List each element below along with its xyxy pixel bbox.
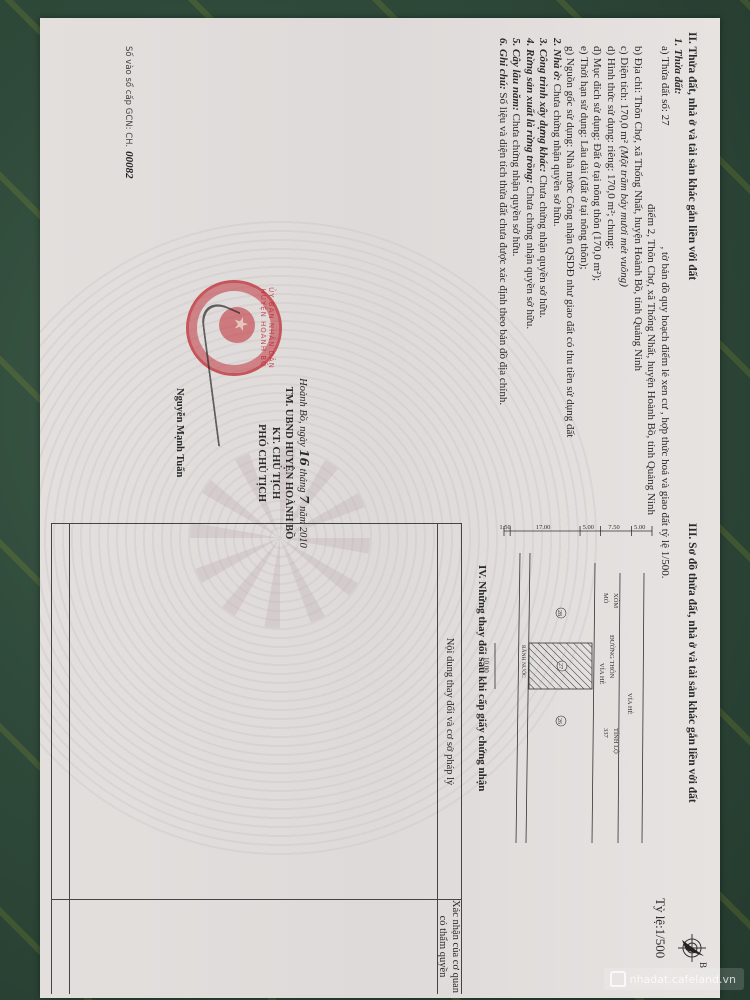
svg-text:ĐƯỜNG THÔN: ĐƯỜNG THÔN	[608, 635, 616, 679]
issue-day: 16	[297, 449, 311, 466]
left-frame-box	[69, 523, 110, 994]
authority-header-line-1: Xác nhận của cơ quan	[449, 899, 462, 994]
serial-value: 00082	[123, 151, 135, 179]
forest-item: 4. Rừng sản xuất là rừng trồng: Chưa chứ…	[523, 38, 537, 579]
construction-status: Chưa chứng nhận quyền sở hữu.	[538, 175, 550, 318]
usage-term-line: e) Thời hạn sử dụng: Lâu dài (đất ở tại …	[577, 46, 591, 579]
area-line: c) Diện tích: 170,0 m² (Một trăm bảy mươ…	[617, 46, 631, 579]
house-label: 2. Nhà ở:	[551, 38, 563, 81]
svg-text:7.50: 7.50	[608, 524, 619, 531]
month-label: tháng	[297, 469, 308, 493]
svg-text:27: 27	[557, 663, 563, 669]
land-parcel-subtitle: 1. Thửa đất:	[671, 38, 685, 579]
home-search-icon	[610, 971, 626, 987]
note-item: 6. Ghi chú: Số liệu và diện tích thửa đấ…	[496, 38, 510, 579]
section-iii-title: III. Sơ đồ thửa đất, nhà ở và tài sản kh…	[686, 523, 698, 803]
note-label: 6. Ghi chú:	[497, 38, 509, 90]
svg-text:XÓM: XÓM	[612, 593, 620, 608]
authority-header-line-2: có thẩm quyền	[436, 899, 449, 994]
construction-item: 3. Công trình xây dựng khác: Chưa chứng …	[536, 38, 550, 579]
certificate-photo: II. Thửa đất, nhà ở và tài sản khác gắn …	[40, 18, 720, 998]
date-prefix: Hoành Bồ, ngày	[297, 378, 308, 447]
svg-text:MỎ: MỎ	[602, 593, 610, 604]
section-iv-changes: IV. Những thay đổi sau khi cấp giấy chứn…	[476, 523, 488, 993]
address-line: b) Địa chỉ: Thôn Chợ, xã Thống Nhất, huy…	[631, 46, 645, 579]
area-in-words: (Một trăm bảy mươi mét vuông)	[619, 146, 631, 287]
note-text: Số liệu và diện tích thửa đất chưa được …	[497, 92, 509, 405]
svg-text:28: 28	[556, 610, 562, 616]
svg-text:TỈNH LỘ: TỈNH LỘ	[612, 728, 620, 754]
perennial-status: Chưa chứng nhận quyền sở hữu.	[511, 113, 523, 256]
signer-name: Nguyễn Mạnh Tuấn	[174, 388, 185, 477]
certificate-sheet: II. Thửa đất, nhà ở và tài sản khác gắn …	[40, 18, 720, 998]
perennial-item: 5. Cây lâu năm: Chưa chứng nhận quyền sở…	[509, 38, 523, 579]
svg-text:1.50: 1.50	[499, 524, 510, 531]
svg-text:RÃNH NƯỚC: RÃNH NƯỚC	[520, 645, 528, 678]
changes-content-header: Nội dung thay đổi và cơ sở pháp lý	[443, 524, 456, 899]
svg-text:337: 337	[602, 728, 609, 739]
svg-text:VỈA HÈ: VỈA HÈ	[598, 663, 606, 685]
forest-label: 4. Rừng sản xuất là rừng trồng:	[524, 38, 536, 184]
parcel-number-line: a) Thửa đất số: 27 , tờ bản đồ quy hoạch…	[658, 46, 672, 579]
svg-text:17.00: 17.00	[536, 524, 551, 531]
usage-purpose-line: đ) Mục đích sử dụng: Đất ở tại nông thôn…	[590, 46, 604, 579]
section-ii-land-info: II. Thửa đất, nhà ở và tài sản khác gắn …	[496, 32, 699, 579]
house-status: Chưa chứng nhận quyền sở hữu.	[551, 84, 563, 227]
forest-status: Chưa chứng nhận quyền sở hữu.	[524, 186, 536, 329]
changes-table: Nội dung thay đổi và cơ sở pháp lý Xác n…	[51, 523, 462, 994]
svg-text:VỈA HÈ: VỈA HÈ	[626, 693, 634, 715]
usage-form-line: d) Hình thức sử dụng: riêng: 170,0 m²; c…	[604, 46, 618, 579]
site-watermark: nhadat.cafeland.vn	[604, 968, 744, 990]
authority-confirmation-header: Xác nhận của cơ quan có thẩm quyền	[436, 899, 462, 994]
perennial-label: 5. Cây lâu năm:	[511, 38, 523, 111]
serial-number: Số vào sổ cấp GCN: CH.00082	[123, 46, 135, 179]
house-item: 2. Nhà ở: Chưa chứng nhận quyền sở hữu.	[550, 38, 564, 579]
area-value: c) Diện tích: 170,0 m²	[619, 46, 631, 143]
svg-text:5.00: 5.00	[583, 524, 594, 531]
construction-label: 3. Công trình xây dựng khác:	[538, 38, 550, 172]
serial-label: Số vào sổ cấp GCN: CH.	[123, 46, 133, 147]
watermark-text: nhadat.cafeland.vn	[630, 973, 736, 986]
usage-origin-line: g) Nguồn gốc sử dụng: Nhà nước Công nhận…	[563, 46, 577, 579]
section-ii-title: II. Thửa đất, nhà ở và tài sản khác gắn …	[685, 32, 699, 579]
svg-text:26: 26	[556, 718, 562, 724]
svg-text:5.00: 5.00	[634, 524, 645, 531]
issue-month: 7	[297, 495, 311, 503]
section-iv-title: IV. Những thay đổi sau khi cấp giấy chứn…	[476, 565, 488, 993]
north-arrow-icon: B	[674, 930, 714, 970]
parcel-number: a) Thửa đất số: 27	[659, 46, 671, 126]
